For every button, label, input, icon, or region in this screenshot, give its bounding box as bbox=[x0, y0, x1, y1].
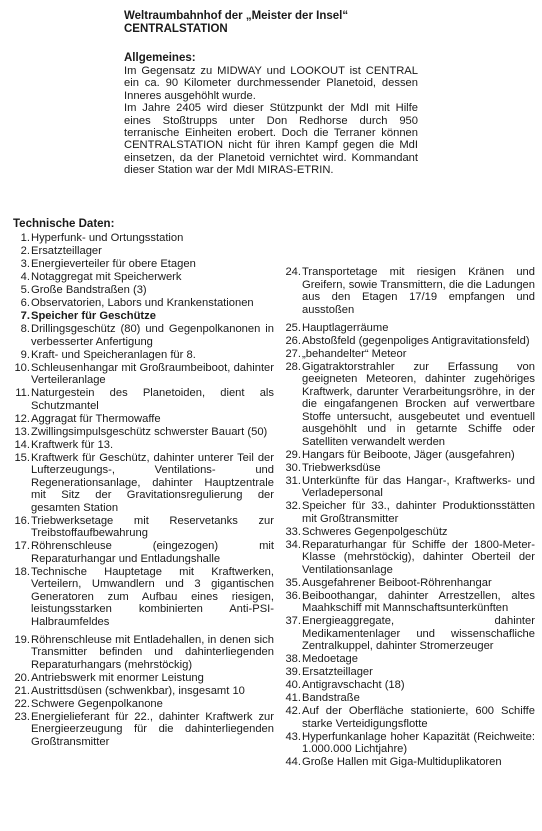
item-text: Auf der Oberfläche stationierte, 600 Sch… bbox=[302, 705, 535, 730]
item-text: Gigatraktorstrahler zur Erfassung von ge… bbox=[302, 361, 535, 449]
item-text: Röhrenschleuse (eingezogen) mit Reparatu… bbox=[31, 540, 274, 565]
item-text: Schleusenhangar mit Großraumbeiboot, dah… bbox=[31, 362, 274, 387]
item-number: 38. bbox=[283, 653, 302, 666]
list-item: 41.Bandstraße bbox=[283, 692, 535, 705]
item-text: „behandelter“ Meteor bbox=[302, 348, 535, 361]
item-number: 41. bbox=[283, 692, 302, 705]
list-item: 32.Speicher für 33., dahinter Produktion… bbox=[283, 500, 535, 525]
list-item: 13.Zwillingsimpulsgeschütz schwerster Ba… bbox=[14, 426, 274, 439]
item-number: 34. bbox=[283, 539, 302, 577]
item-text: Kraft- und Speicheranlagen für 8. bbox=[31, 349, 274, 362]
list-item: 19.Röhrenschleuse mit Entladehallen, in … bbox=[14, 634, 274, 672]
item-number: 32. bbox=[283, 500, 302, 525]
list-item: 27.„behandelter“ Meteor bbox=[283, 348, 535, 361]
list-item: 12.Aggragat für Thermowaffe bbox=[14, 413, 274, 426]
list-item: 21.Austrittsdüsen (schwenkbar), insgesam… bbox=[14, 685, 274, 698]
list-item: 8.Drillingsgeschütz (80) und Gegenpolkan… bbox=[14, 323, 274, 348]
list-item: 6.Observatorien, Labors und Krankenstati… bbox=[14, 297, 274, 310]
item-text: Schwere Gegenpolkanone bbox=[31, 698, 274, 711]
list-item: 9.Kraft- und Speicheranlagen für 8. bbox=[14, 349, 274, 362]
item-number: 12. bbox=[14, 413, 31, 426]
item-number: 18. bbox=[14, 566, 31, 629]
list-item: 39.Ersatzteillager bbox=[283, 666, 535, 679]
item-number: 35. bbox=[283, 577, 302, 590]
list-item: 22.Schwere Gegenpolkanone bbox=[14, 698, 274, 711]
list-item: 10.Schleusenhangar mit Großraumbeiboot, … bbox=[14, 362, 274, 387]
item-text: Speicher für 33., dahinter Produktionsst… bbox=[302, 500, 535, 525]
item-text: Triebwerksetage mit Reservetanks zur Tre… bbox=[31, 515, 274, 540]
list-item: 11.Naturgestein des Planetoiden, dient a… bbox=[14, 387, 274, 412]
item-number: 37. bbox=[283, 615, 302, 653]
list-item: 23.Energielieferant für 22., dahinter Kr… bbox=[14, 711, 274, 749]
list-item: 43.Hyperfunkanlage hoher Kapazität (Reic… bbox=[283, 731, 535, 756]
list-item: 35.Ausgefahrener Beiboot-Röhrenhangar bbox=[283, 577, 535, 590]
list-item: 38.Medoetage bbox=[283, 653, 535, 666]
item-text: Triebwerksdüse bbox=[302, 462, 535, 475]
item-number: 27. bbox=[283, 348, 302, 361]
technical-list-left: 1.Hyperfunk- und Ortungsstation2.Ersatzt… bbox=[14, 232, 274, 749]
item-number: 19. bbox=[14, 634, 31, 672]
list-item: 3.Energieverteiler für obere Etagen bbox=[14, 258, 274, 271]
general-paragraph-1: Im Gegensatz zu MIDWAY und LOOKOUT ist C… bbox=[124, 65, 418, 102]
document-header: Weltraumbahnhof der „Meister der Insel“ … bbox=[124, 10, 420, 36]
item-text: Beiboothangar, dahinter Arrestzellen, al… bbox=[302, 590, 535, 615]
item-text: Hangars für Beiboote, Jäger (ausgefahren… bbox=[302, 449, 535, 462]
item-text: Kraftwerk für 13. bbox=[31, 439, 274, 452]
list-item: 33.Schweres Gegenpolgeschütz bbox=[283, 526, 535, 539]
list-item: 44.Große Hallen mit Giga-Multiduplikator… bbox=[283, 756, 535, 769]
item-text: Große Bandstraßen (3) bbox=[31, 284, 274, 297]
list-item: 2.Ersatzteillager bbox=[14, 245, 274, 258]
item-text: Große Hallen mit Giga-Multiduplikatoren bbox=[302, 756, 535, 769]
item-text: Speicher für Geschütze bbox=[31, 310, 274, 323]
item-text: Antriebswerk mit enormer Leistung bbox=[31, 672, 274, 685]
item-text: Hauptlagerräume bbox=[302, 322, 535, 335]
item-text: Ersatzteillager bbox=[31, 245, 274, 258]
item-number: 36. bbox=[283, 590, 302, 615]
item-text: Austrittsdüsen (schwenkbar), insgesamt 1… bbox=[31, 685, 274, 698]
list-item: 14.Kraftwerk für 13. bbox=[14, 439, 274, 452]
item-text: Observatorien, Labors und Krankenstation… bbox=[31, 297, 274, 310]
list-item: 5.Große Bandstraßen (3) bbox=[14, 284, 274, 297]
list-item: 24.Transportetage mit riesigen Kränen un… bbox=[283, 266, 535, 316]
list-item: 42.Auf der Oberfläche stationierte, 600 … bbox=[283, 705, 535, 730]
item-text: Schweres Gegenpolgeschütz bbox=[302, 526, 535, 539]
item-text: Technische Hauptetage mit Kraftwerken, V… bbox=[31, 566, 274, 629]
item-text: Energielieferant für 22., dahinter Kraft… bbox=[31, 711, 274, 749]
list-item: 4.Notaggregat mit Speicherwerk bbox=[14, 271, 274, 284]
item-text: Hyperfunkanlage hoher Kapazität (Reichwe… bbox=[302, 731, 535, 756]
item-number: 25. bbox=[283, 322, 302, 335]
item-text: Bandstraße bbox=[302, 692, 535, 705]
item-text: Naturgestein des Planetoiden, dient als … bbox=[31, 387, 274, 412]
item-number: 21. bbox=[14, 685, 31, 698]
list-item: 17.Röhrenschleuse (eingezogen) mit Repar… bbox=[14, 540, 274, 565]
item-number: 3. bbox=[14, 258, 31, 271]
list-item: 36.Beiboothangar, dahinter Arrestzellen,… bbox=[283, 590, 535, 615]
list-item: 40.Antigravschacht (18) bbox=[283, 679, 535, 692]
item-text: Ausgefahrener Beiboot-Röhrenhangar bbox=[302, 577, 535, 590]
list-item: 1.Hyperfunk- und Ortungsstation bbox=[14, 232, 274, 245]
list-item: 15.Kraftwerk für Geschütz, dahinter unte… bbox=[14, 452, 274, 515]
item-number: 10. bbox=[14, 362, 31, 387]
technical-heading: Technische Daten: bbox=[13, 218, 114, 231]
item-number: 14. bbox=[14, 439, 31, 452]
item-number: 40. bbox=[283, 679, 302, 692]
item-text: Energieverteiler für obere Etagen bbox=[31, 258, 274, 271]
item-number: 28. bbox=[283, 361, 302, 449]
item-text: Drillingsgeschütz (80) und Gegenpolkanon… bbox=[31, 323, 274, 348]
item-number: 13. bbox=[14, 426, 31, 439]
list-item: 30.Triebwerksdüse bbox=[283, 462, 535, 475]
list-item: 37.Energieaggregate, dahinter Medikament… bbox=[283, 615, 535, 653]
item-number: 31. bbox=[283, 475, 302, 500]
item-number: 1. bbox=[14, 232, 31, 245]
technical-list-right: 24.Transportetage mit riesigen Kränen un… bbox=[283, 266, 535, 769]
document-title: Weltraumbahnhof der „Meister der Insel“ bbox=[124, 10, 420, 23]
item-number: 17. bbox=[14, 540, 31, 565]
item-number: 33. bbox=[283, 526, 302, 539]
item-number: 30. bbox=[283, 462, 302, 475]
list-item: 7.Speicher für Geschütze bbox=[14, 310, 274, 323]
item-text: Ersatzteillager bbox=[302, 666, 535, 679]
item-number: 8. bbox=[14, 323, 31, 348]
list-item: 31.Unterkünfte für das Hangar-, Kraftwer… bbox=[283, 475, 535, 500]
list-item: 26.Abstoßfeld (gegenpoliges Antigravitat… bbox=[283, 335, 535, 348]
item-number: 16. bbox=[14, 515, 31, 540]
general-heading: Allgemeines: bbox=[124, 52, 418, 65]
item-number: 24. bbox=[283, 266, 302, 316]
item-number: 6. bbox=[14, 297, 31, 310]
item-number: 29. bbox=[283, 449, 302, 462]
document-subtitle: CENTRALSTATION bbox=[124, 23, 420, 36]
item-number: 5. bbox=[14, 284, 31, 297]
item-text: Reparaturhangar für Schiffe der 1800-Met… bbox=[302, 539, 535, 577]
item-text: Zwillingsimpulsgeschütz schwerster Bauar… bbox=[31, 426, 274, 439]
item-text: Antigravschacht (18) bbox=[302, 679, 535, 692]
item-text: Energieaggregate, dahinter Medikamentenl… bbox=[302, 615, 535, 653]
item-text: Medoetage bbox=[302, 653, 535, 666]
list-item: 18.Technische Hauptetage mit Kraftwerken… bbox=[14, 566, 274, 629]
item-number: 9. bbox=[14, 349, 31, 362]
general-section: Allgemeines: Im Gegensatz zu MIDWAY und … bbox=[124, 52, 418, 177]
list-item: 29.Hangars für Beiboote, Jäger (ausgefah… bbox=[283, 449, 535, 462]
item-text: Unterkünfte für das Hangar-, Kraftwerks-… bbox=[302, 475, 535, 500]
list-item: 16.Triebwerksetage mit Reservetanks zur … bbox=[14, 515, 274, 540]
item-number: 7. bbox=[14, 310, 31, 323]
item-number: 39. bbox=[283, 666, 302, 679]
item-text: Röhrenschleuse mit Entladehallen, in den… bbox=[31, 634, 274, 672]
item-number: 26. bbox=[283, 335, 302, 348]
item-number: 20. bbox=[14, 672, 31, 685]
item-number: 44. bbox=[283, 756, 302, 769]
item-number: 4. bbox=[14, 271, 31, 284]
item-text: Hyperfunk- und Ortungsstation bbox=[31, 232, 274, 245]
item-number: 22. bbox=[14, 698, 31, 711]
list-item: 20.Antriebswerk mit enormer Leistung bbox=[14, 672, 274, 685]
general-paragraph-2: Im Jahre 2405 wird dieser Stützpunkt der… bbox=[124, 102, 418, 176]
item-text: Transportetage mit riesigen Kränen und G… bbox=[302, 266, 535, 316]
list-item: 28.Gigatraktorstrahler zur Erfassung von… bbox=[283, 361, 535, 449]
item-number: 15. bbox=[14, 452, 31, 515]
item-number: 2. bbox=[14, 245, 31, 258]
item-number: 43. bbox=[283, 731, 302, 756]
item-number: 11. bbox=[14, 387, 31, 412]
item-text: Notaggregat mit Speicherwerk bbox=[31, 271, 274, 284]
item-text: Aggragat für Thermowaffe bbox=[31, 413, 274, 426]
list-item: 25.Hauptlagerräume bbox=[283, 322, 535, 335]
list-item: 34.Reparaturhangar für Schiffe der 1800-… bbox=[283, 539, 535, 577]
item-number: 42. bbox=[283, 705, 302, 730]
item-text: Kraftwerk für Geschütz, dahinter unterer… bbox=[31, 452, 274, 515]
item-text: Abstoßfeld (gegenpoliges Antigravitation… bbox=[302, 335, 535, 348]
item-number: 23. bbox=[14, 711, 31, 749]
